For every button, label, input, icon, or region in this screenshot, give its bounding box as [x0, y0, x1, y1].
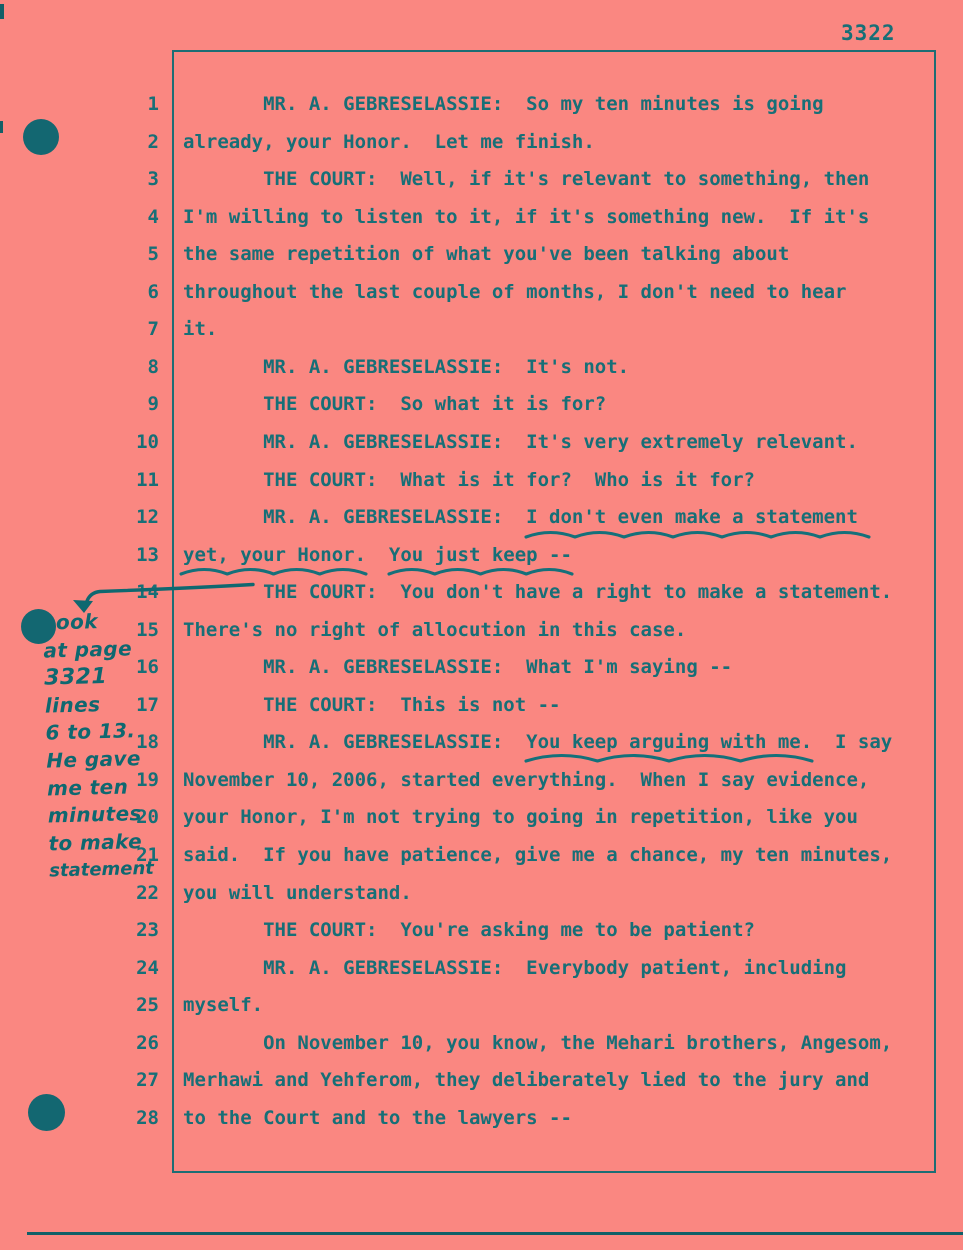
- transcript-page: 3322 1 MR. A. GEBRESELASSIE: So my ten m…: [0, 0, 963, 1250]
- page-number: 3322: [841, 20, 896, 46]
- line-text: November 10, 2006, started everything. W…: [183, 767, 869, 793]
- line-text: already, your Honor. Let me finish.: [183, 129, 595, 155]
- line-text: MR. A. GEBRESELASSIE: It's very extremel…: [183, 429, 858, 455]
- line-number: 8: [117, 354, 159, 380]
- line-text: MR. A. GEBRESELASSIE: What I'm saying --: [183, 654, 732, 680]
- handwritten-text-line: Look: [42, 606, 163, 637]
- line-text: THE COURT: Well, if it's relevant to som…: [183, 166, 869, 192]
- line-text: THE COURT: This is not --: [183, 692, 561, 718]
- punch-hole-dot: [23, 119, 59, 155]
- line-text: Merhawi and Yehferom, they deliberately …: [183, 1067, 869, 1093]
- line-text: MR. A. GEBRESELASSIE: You keep arguing w…: [183, 729, 892, 755]
- handwritten-text-line: lines: [45, 689, 166, 720]
- line-number: 13: [117, 542, 159, 568]
- line-number: 7: [117, 316, 159, 342]
- line-text: you will understand.: [183, 880, 412, 906]
- line-number: 1: [117, 91, 159, 117]
- line-text: MR. A. GEBRESELASSIE: I don't even make …: [183, 504, 858, 530]
- margin-handwritten-note: Lookat page3321lines6 to 13.He gaveme te…: [42, 606, 169, 885]
- line-text: your Honor, I'm not trying to going in r…: [183, 804, 858, 830]
- line-number: 12: [117, 504, 159, 530]
- handwritten-text-line: He gave: [46, 744, 167, 775]
- line-text: On November 10, you know, the Mehari bro…: [183, 1030, 892, 1056]
- handwritten-text-line: statement: [49, 855, 170, 886]
- line-number: 11: [117, 467, 159, 493]
- handwritten-text-line: at page: [43, 634, 164, 665]
- line-text: I'm willing to listen to it, if it's som…: [183, 204, 869, 230]
- line-number: 4: [117, 204, 159, 230]
- handwritten-text-line: 3321: [44, 662, 165, 693]
- line-text: THE COURT: You're asking me to be patien…: [183, 917, 755, 943]
- line-number: 28: [117, 1105, 159, 1131]
- line-number: 5: [117, 241, 159, 267]
- handwritten-text-line: 6 to 13.: [45, 717, 166, 748]
- line-text: myself.: [183, 992, 263, 1018]
- line-number: 6: [117, 279, 159, 305]
- line-text: MR. A. GEBRESELASSIE: So my ten minutes …: [183, 91, 824, 117]
- handwritten-text-line: to make: [48, 827, 169, 858]
- line-number: 24: [117, 955, 159, 981]
- line-text: MR. A. GEBRESELASSIE: Everybody patient,…: [183, 955, 846, 981]
- line-number: 27: [117, 1067, 159, 1093]
- line-number: 9: [117, 391, 159, 417]
- line-text: There's no right of allocution in this c…: [183, 617, 686, 643]
- line-number: 10: [117, 429, 159, 455]
- line-number: 3: [117, 166, 159, 192]
- line-text: MR. A. GEBRESELASSIE: It's not.: [183, 354, 629, 380]
- line-text: said. If you have patience, give me a ch…: [183, 842, 892, 868]
- scan-edge-artifact: [0, 4, 4, 19]
- punch-hole-dot: [28, 1094, 65, 1131]
- line-number: 26: [117, 1030, 159, 1056]
- line-text: the same repetition of what you've been …: [183, 241, 789, 267]
- line-text: yet, your Honor. You just keep --: [183, 542, 572, 568]
- line-text: THE COURT: You don't have a right to mak…: [183, 579, 892, 605]
- line-number: 14: [117, 579, 159, 605]
- line-text: to the Court and to the lawyers --: [183, 1105, 572, 1131]
- line-number: 2: [117, 129, 159, 155]
- handwritten-text-line: me ten: [47, 772, 168, 803]
- punch-hole-dot: [21, 609, 56, 644]
- handwritten-text-line: minutes: [47, 800, 168, 831]
- scan-bottom-edge-line: [27, 1232, 963, 1235]
- line-text: it.: [183, 316, 217, 342]
- scan-edge-artifact: [0, 121, 3, 133]
- line-text: THE COURT: So what it is for?: [183, 391, 606, 417]
- line-number: 23: [117, 917, 159, 943]
- line-number: 25: [117, 992, 159, 1018]
- line-text: THE COURT: What is it for? Who is it for…: [183, 467, 755, 493]
- line-text: throughout the last couple of months, I …: [183, 279, 846, 305]
